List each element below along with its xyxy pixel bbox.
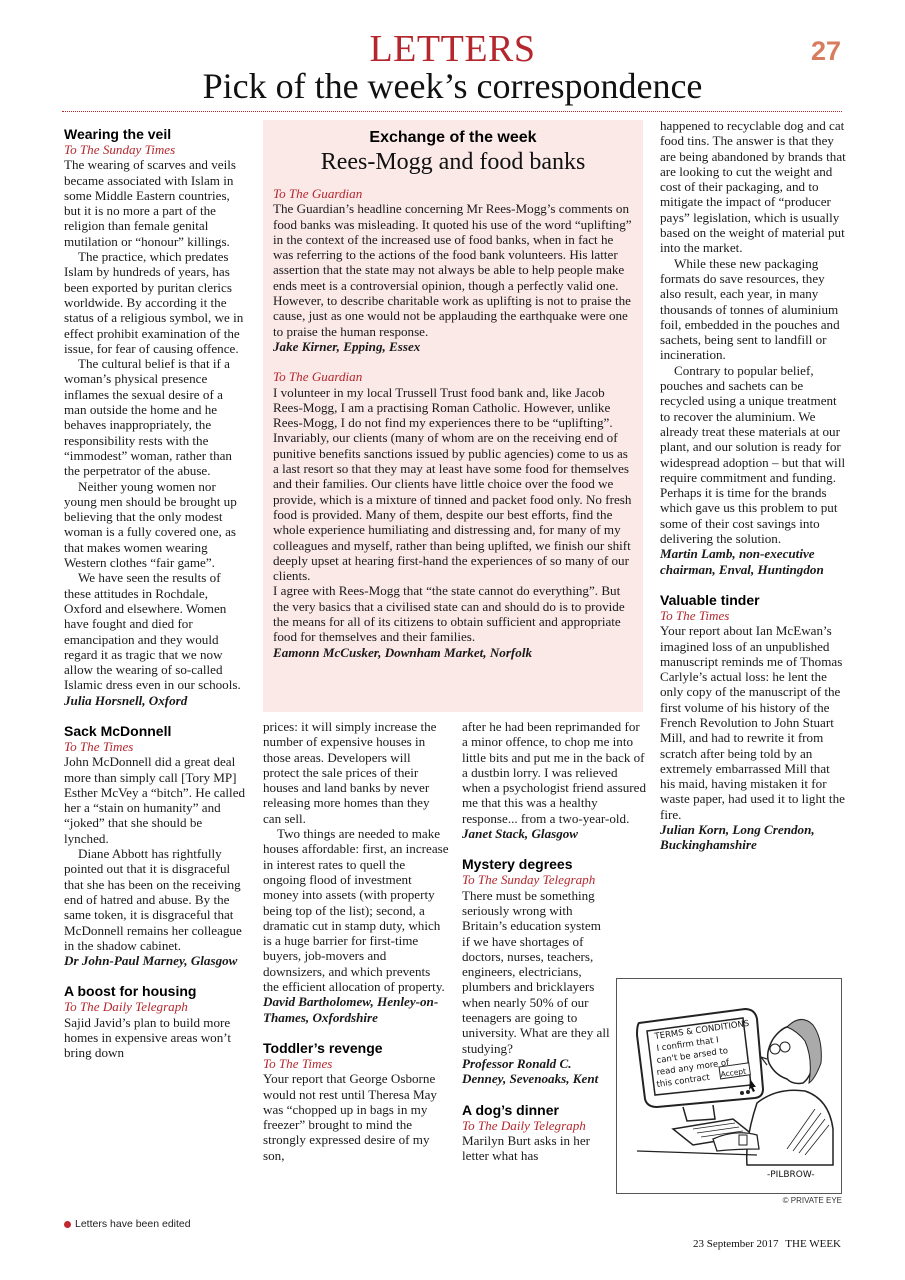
- letter-heading: Toddler’s revenge: [263, 1040, 449, 1056]
- letter-recipient: To The Sunday Telegraph: [462, 872, 648, 887]
- letter-paragraph: Diane Abbott has rightfully pointed out …: [64, 846, 247, 953]
- cartoon-illustration: TERMS & CONDITIONS I confirm that I can'…: [616, 978, 842, 1194]
- dotted-rule: [62, 111, 842, 112]
- letter-recipient: To The Daily Telegraph: [64, 999, 247, 1014]
- exchange-letter-1: To The Guardian The Guardian’s headline …: [273, 186, 633, 354]
- letter-signature: Professor Ronald C. Denney, Sevenoaks, K…: [462, 1056, 602, 1087]
- letter-paragraph: Your report that George Osborne would no…: [263, 1071, 449, 1163]
- letter-paragraph: I agree with Rees-Mogg that “the state c…: [273, 583, 633, 644]
- footnote: Letters have been edited: [64, 1218, 191, 1230]
- letter-heading: Mystery degrees: [462, 856, 648, 872]
- column-4: happened to recyclable dog and cat food …: [660, 118, 846, 853]
- letter-signature: Dr John-Paul Marney, Glasgow: [64, 953, 247, 968]
- cartoon-credit: © PRIVATE EYE: [783, 1196, 842, 1205]
- exchange-kicker: Exchange of the week: [273, 128, 633, 148]
- letter-paragraph: We have seen the results of these attitu…: [64, 570, 247, 692]
- letter-paragraph: The wearing of scarves and veils became …: [64, 157, 247, 249]
- column-1: Wearing the veil To The Sunday Times The…: [64, 126, 247, 1061]
- letter-signature: Julia Horsnell, Oxford: [64, 693, 247, 708]
- exchange-title: Rees-Mogg and food banks: [273, 148, 633, 176]
- letter-heading: Valuable tinder: [660, 592, 846, 608]
- cartoon-drawing-icon: TERMS & CONDITIONS I confirm that I can'…: [617, 979, 841, 1193]
- letter-signature: Jake Kirner, Epping, Essex: [273, 339, 633, 354]
- letter-signature: Julian Korn, Long Crendon, Buckinghamshi…: [660, 822, 846, 853]
- letter-paragraph: Marilyn Burt asks in her letter what has: [462, 1133, 612, 1164]
- letter-heading: Wearing the veil: [64, 126, 247, 142]
- letter-paragraph: Your report about Ian McEwan’s imagined …: [660, 623, 846, 822]
- letter-heading: A boost for housing: [64, 983, 247, 999]
- bullet-dot-icon: [64, 1221, 71, 1228]
- letter-valuable-tinder: Valuable tinder To The Times Your report…: [660, 592, 846, 853]
- letter-paragraph: I volunteer in my local Trussell Trust f…: [273, 385, 633, 584]
- letter-sack-mcdonnell: Sack McDonnell To The Times John McDonne…: [64, 723, 247, 968]
- letter-paragraph: The Guardian’s headline concerning Mr Re…: [273, 201, 633, 339]
- letter-paragraph: happened to recyclable dog and cat food …: [660, 118, 846, 256]
- letter-wearing-the-veil: Wearing the veil To The Sunday Times The…: [64, 126, 247, 708]
- letter-recipient: To The Times: [64, 739, 247, 754]
- letter-paragraph: Neither young women nor young men should…: [64, 479, 247, 571]
- exchange-of-the-week-box: Exchange of the week Rees-Mogg and food …: [263, 120, 643, 712]
- dateline: 23 September 2017 THE WEEK: [689, 1238, 841, 1250]
- letter-signature: David Bartholomew, Henley-on-Thames, Oxf…: [263, 994, 449, 1025]
- letter-paragraph: There must be something seriously wrong …: [462, 888, 612, 1056]
- page-number: 27: [811, 36, 841, 67]
- exchange-letter-2: To The Guardian I volunteer in my local …: [273, 369, 633, 660]
- letter-signature: Eamonn McCusker, Downham Market, Norfolk: [273, 645, 633, 660]
- letter-housing-continued: prices: it will simply increase the numb…: [263, 719, 449, 1025]
- letter-signature: Janet Stack, Glasgow: [462, 826, 648, 841]
- letter-recipient: To The Sunday Times: [64, 142, 247, 157]
- letter-paragraph: Two things are needed to make houses aff…: [263, 826, 449, 994]
- letter-paragraph: While these new packaging formats do sav…: [660, 256, 846, 363]
- issue-date: 23 September 2017: [693, 1238, 779, 1250]
- letter-recipient: To The Guardian: [273, 369, 633, 384]
- column-2: prices: it will simply increase the numb…: [263, 719, 449, 1163]
- letter-a-boost-for-housing: A boost for housing To The Daily Telegra…: [64, 983, 247, 1060]
- letter-toddler-continued: after he had been reprimanded for a mino…: [462, 719, 648, 841]
- publication-name: THE WEEK: [785, 1238, 841, 1250]
- page-subtitle: Pick of the week’s correspondence: [0, 66, 905, 106]
- letter-dogs-dinner-continued: happened to recyclable dog and cat food …: [660, 118, 846, 577]
- letter-paragraph: Contrary to popular belief, pouches and …: [660, 363, 846, 547]
- letter-signature: Martin Lamb, non-executive chairman, Env…: [660, 546, 846, 577]
- letter-paragraph: Sajid Javid’s plan to build more homes i…: [64, 1015, 247, 1061]
- letter-recipient: To The Times: [263, 1056, 449, 1071]
- letter-toddlers-revenge: Toddler’s revenge To The Times Your repo…: [263, 1040, 449, 1163]
- letter-recipient: To The Guardian: [273, 186, 633, 201]
- footnote-text: Letters have been edited: [75, 1218, 191, 1230]
- letter-heading: Sack McDonnell: [64, 723, 247, 739]
- letter-paragraph: after he had been reprimanded for a mino…: [462, 719, 648, 826]
- letter-recipient: To The Times: [660, 608, 846, 623]
- letter-paragraph: The practice, which predates Islam by hu…: [64, 249, 247, 356]
- cartoonist-signature: -PILBROW-: [767, 1170, 815, 1180]
- letter-paragraph: John McDonnell did a great deal more tha…: [64, 754, 247, 846]
- letter-paragraph: prices: it will simply increase the numb…: [263, 719, 449, 826]
- letter-paragraph: The cultural belief is that if a woman’s…: [64, 356, 247, 478]
- section-title: LETTERS: [0, 30, 905, 68]
